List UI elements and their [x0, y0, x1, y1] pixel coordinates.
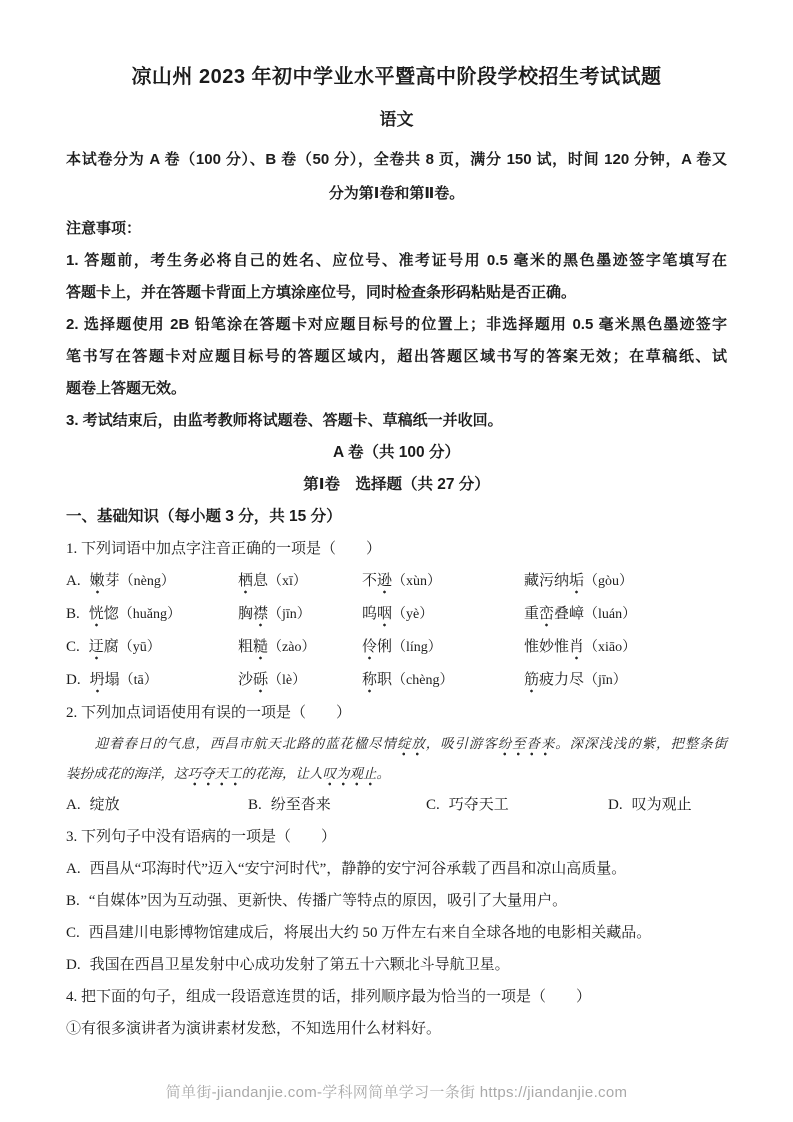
notice-1-line-2: 答题卡上，并在答题卡背面上方填涂座位号，同时检查条形码粘贴是否正确。	[66, 277, 727, 309]
pinyin: （xī）	[268, 574, 307, 589]
question-4-item-1: ①有很多演讲者为演讲素材发愁，不知选用什么材料好。	[66, 1013, 727, 1045]
q1-b-cell-2: 胸襟（jīn）	[238, 598, 362, 631]
q1-a-cell-1: A.嫩芽（nèng）	[66, 565, 238, 598]
option-label: C.	[66, 925, 80, 941]
dotted-char: 栖	[238, 573, 253, 594]
notice-3: 3. 考试结束后，由监考教师将试题卷、答题卡、草稿纸一并收回。	[66, 405, 727, 437]
q1-b-cell-1: B.恍惚（huǎng）	[66, 598, 238, 631]
pinyin: （zào）	[268, 640, 315, 655]
q1-d-cell-4: 筋疲力尽（jīn）	[524, 664, 727, 697]
question-1-row-b: B.恍惚（huǎng） 胸襟（jīn） 呜咽（yè） 重峦叠嶂（luán）	[66, 598, 727, 631]
dotted-char: 砾	[253, 672, 268, 693]
pinyin: （yè）	[392, 607, 433, 622]
q2-option-d: D.叹为观止	[608, 789, 727, 821]
q1-c-cell-2: 粗糙（zào）	[238, 631, 362, 664]
option-label: A.	[66, 797, 81, 813]
pinyin: （jīn）	[268, 607, 311, 622]
section-basics: 一、基础知识（每小题 3 分，共 15 分）	[66, 501, 727, 533]
dotted-char: 嫩	[90, 573, 105, 594]
question-1-stem: 1. 下列词语中加点字注音正确的一项是（ ）	[66, 533, 727, 565]
question-4-stem: 4. 把下面的句子，组成一段语意连贯的话，排列顺序最为恰当的一项是（ ）	[66, 981, 727, 1013]
intro-line-2: 分为第Ⅰ卷和第Ⅱ卷。	[66, 177, 727, 211]
pinyin: （tā）	[120, 673, 158, 688]
dotted-char: 坍	[90, 672, 105, 693]
dotted-char: 称	[362, 672, 377, 693]
pinyin: （lè）	[268, 673, 306, 688]
q1-a-cell-4: 藏污纳垢（gòu）	[524, 565, 727, 598]
q3-option-a: A.西昌从“邛海时代”迈入“安宁河时代”，静静的安宁河谷承载了西昌和凉山高质量。	[66, 853, 727, 885]
intro-line-1: 本试卷分为 A 卷（100 分）、B 卷（50 分），全卷共 8 页，满分 15…	[66, 143, 727, 177]
q1-a-cell-3: 不逊（xùn）	[362, 565, 524, 598]
pinyin: （jīn）	[584, 673, 627, 688]
dotted-char: 垢	[569, 573, 584, 594]
q2-option-a: A.绽放	[66, 789, 248, 821]
question-2-stem: 2. 下列加点词语使用有误的一项是（ ）	[66, 697, 727, 729]
option-label: D.	[66, 957, 81, 973]
option-label: C.	[66, 639, 80, 655]
q1-c-cell-1: C.迂腐（yū）	[66, 631, 238, 664]
notices-heading: 注意事项：	[66, 213, 727, 245]
dotted-word: 叹为观止	[323, 766, 377, 786]
notice-2-line-1: 2. 选择题使用 2B 铅笔涂在答题卡对应题目标号的位置上；非选择题用 0.5 …	[66, 309, 727, 341]
exam-paper-page: 凉山州 2023 年初中学业水平暨高中阶段学校招生考试试题 语文 本试卷分为 A…	[0, 0, 793, 1122]
q1-d-cell-2: 沙砾（lè）	[238, 664, 362, 697]
q1-b-cell-4: 重峦叠嶂（luán）	[524, 598, 727, 631]
page-title: 凉山州 2023 年初中学业水平暨高中阶段学校招生考试试题	[66, 62, 727, 92]
footer-watermark: 简单街-jiandanjie.com-学科网简单学习一条街 https://ji…	[0, 1081, 793, 1102]
q2-option-c: C.巧夺天工	[426, 789, 608, 821]
pinyin: （xiāo）	[584, 640, 636, 655]
q3-option-d: D.我国在西昌卫星发射中心成功发射了第五十六颗北斗导航卫星。	[66, 949, 727, 981]
option-label: D.	[608, 797, 623, 813]
q1-d-cell-3: 称职（chèng）	[362, 664, 524, 697]
question-1-row-c: C.迂腐（yū） 粗糙（zào） 伶俐（líng） 惟妙惟肖（xiāo）	[66, 631, 727, 664]
pinyin: （xùn）	[392, 574, 441, 589]
section-a-volume: A 卷（共 100 分）	[66, 437, 727, 469]
dotted-char: 咽	[377, 606, 392, 627]
option-label: B.	[248, 797, 262, 813]
q3-option-c: C.西昌建川电影博物馆建成后，将展出大约 50 万件左右来自全球各地的电影相关藏…	[66, 917, 727, 949]
dotted-char: 襟	[253, 606, 268, 627]
pinyin: （chèng）	[392, 673, 453, 688]
q1-c-cell-3: 伶俐（líng）	[362, 631, 524, 664]
question-1-row-d: D.坍塌（tā） 沙砾（lè） 称职（chèng） 筋疲力尽（jīn）	[66, 664, 727, 697]
exam-intro: 本试卷分为 A 卷（100 分）、B 卷（50 分），全卷共 8 页，满分 15…	[66, 143, 727, 211]
question-2-passage-line-1: 迎着春日的气息，西昌市航天北路的蓝花楹尽情绽放，吸引游客纷至沓来。深深浅浅的紫，…	[66, 729, 727, 759]
question-1-row-a: A.嫩芽（nèng） 栖息（xī） 不逊（xùn） 藏污纳垢（gòu）	[66, 565, 727, 598]
dotted-word: 纷至沓来	[498, 736, 556, 756]
subject-title: 语文	[66, 105, 727, 135]
pinyin: （nèng）	[120, 574, 175, 589]
question-3-stem: 3. 下列句子中没有语病的一项是（ ）	[66, 821, 727, 853]
dotted-char: 迂	[89, 639, 104, 660]
option-label: A.	[66, 573, 81, 589]
section-part1: 第Ⅰ卷 选择题（共 27 分）	[66, 469, 727, 501]
notice-2-line-3: 题卷上答题无效。	[66, 373, 727, 405]
dotted-char: 恍	[89, 606, 104, 627]
pinyin: （huǎng）	[119, 607, 181, 622]
q1-d-cell-1: D.坍塌（tā）	[66, 664, 238, 697]
notices: 注意事项： 1. 答题前，考生务必将自己的姓名、应位号、准考证号用 0.5 毫米…	[66, 213, 727, 437]
option-label: B.	[66, 606, 80, 622]
q1-c-cell-4: 惟妙惟肖（xiāo）	[524, 631, 727, 664]
dotted-char: 峦	[539, 606, 554, 627]
option-label: D.	[66, 672, 81, 688]
q1-b-cell-3: 呜咽（yè）	[362, 598, 524, 631]
option-label: B.	[66, 893, 80, 909]
question-2-options: A.绽放 B.纷至沓来 C.巧夺天工 D.叹为观止	[66, 789, 727, 821]
dotted-char: 肖	[569, 639, 584, 660]
question-2-passage-line-2: 装扮成花的海洋，这巧夺天工的花海，让人叹为观止。	[66, 759, 727, 789]
dotted-word: 绽放	[397, 736, 426, 756]
pinyin: （luán）	[584, 607, 636, 622]
notice-1-line-1: 1. 答题前，考生务必将自己的姓名、应位号、准考证号用 0.5 毫米的黑色墨迹签…	[66, 245, 727, 277]
dotted-char: 糙	[253, 639, 268, 660]
footer-watermark-text: 简单街-jiandanjie.com-学科网简单学习一条街 https://ji…	[166, 1084, 628, 1101]
q2-option-b: B.纷至沓来	[248, 789, 426, 821]
pinyin: （yū）	[119, 640, 161, 655]
dotted-char: 逊	[377, 573, 392, 594]
q1-a-cell-2: 栖息（xī）	[238, 565, 362, 598]
pinyin: （líng）	[392, 640, 442, 655]
pinyin: （gòu）	[584, 574, 633, 589]
q3-option-b: B.“自媒体”因为互动强、更新快、传播广等特点的原因，吸引了大量用户。	[66, 885, 727, 917]
dotted-char: 筋	[524, 672, 539, 693]
option-label: C.	[426, 797, 440, 813]
dotted-char: 伶	[362, 639, 377, 660]
notice-2-line-2: 笔书写在答题卡对应题目标号的答题区域内，超出答题区域书写的答案无效；在草稿纸、试	[66, 341, 727, 373]
option-label: A.	[66, 861, 81, 877]
dotted-word: 巧夺天工	[188, 766, 242, 786]
